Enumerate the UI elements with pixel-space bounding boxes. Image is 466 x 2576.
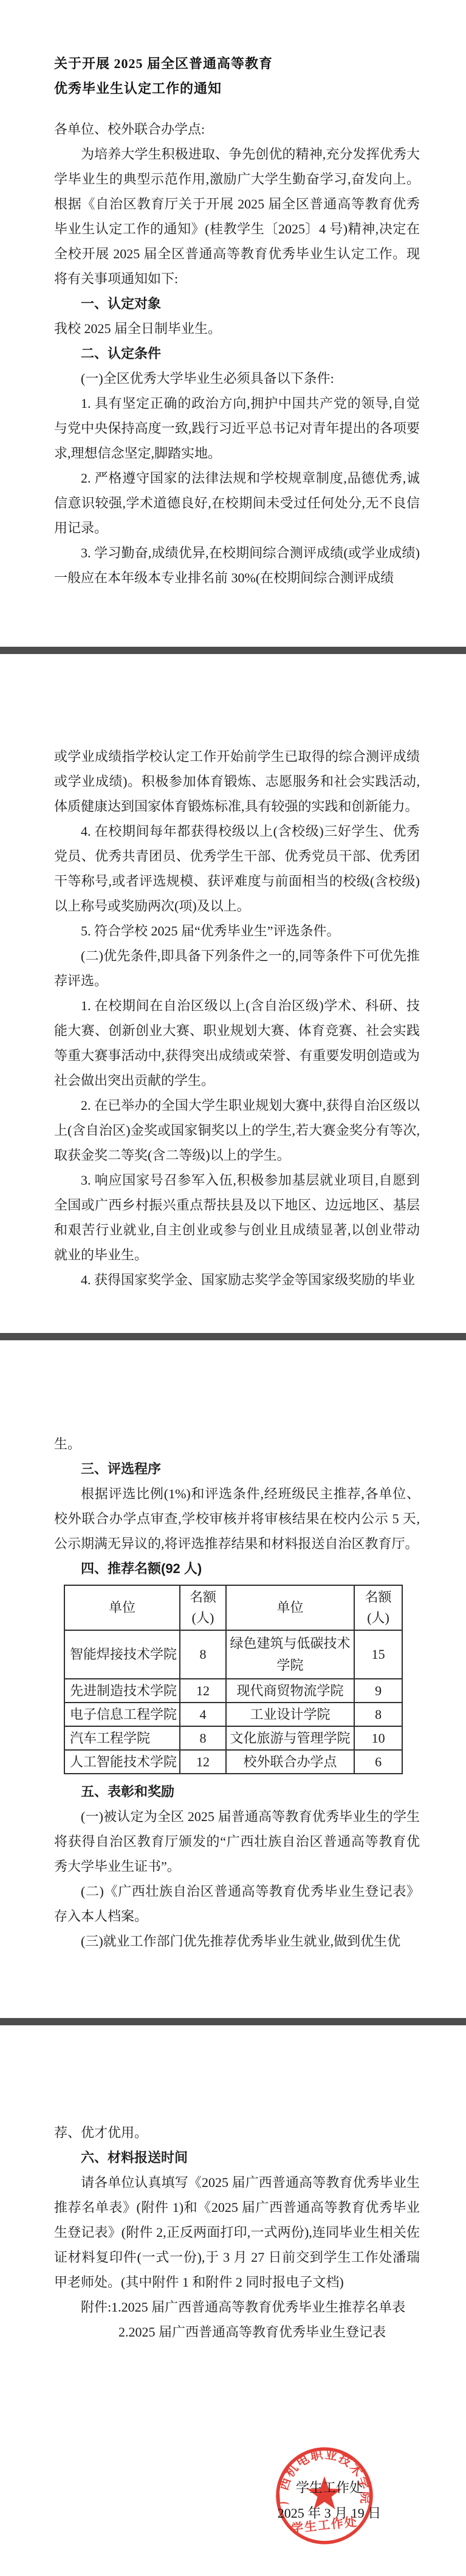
unit-cell: 现代商贸物流学院 <box>226 1679 354 1703</box>
quota-header-line2: (人) <box>355 1608 402 1628</box>
sign-date: 2025 年 3 月 19 日 <box>238 2501 420 2526</box>
page-1: 关于开展 2025 届全区普通高等教育 优秀毕业生认定工作的通知 各单位、校外联… <box>0 0 466 647</box>
table-row: 汽车工程学院 8 文化旅游与管理学院 10 <box>64 1726 402 1750</box>
para-award-2: (二)《广西壮族自治区普通高等教育优秀毕业生登记表》存入本人档案。 <box>54 1879 420 1929</box>
para-procedure: 根据评选比例(1%)和评选条件,经班级民主推荐,各单位、校外联合办学点审查,学校… <box>54 1481 420 1556</box>
para-submission: 请各单位认真填写《2025 届广西普通高等教育优秀毕业生推荐名单表》(附件 1)… <box>54 2170 420 2295</box>
quota-cell: 12 <box>180 1750 226 1774</box>
unit-cell: 电子信息工程学院 <box>64 1703 180 1726</box>
col-header-quota-right: 名额 (人) <box>354 1585 402 1630</box>
quota-cell: 10 <box>354 1726 402 1750</box>
quota-table: 单位 名额 (人) 单位 名额 (人) 智能焊接技术学院 8 绿色建筑与 <box>64 1585 403 1774</box>
para-award-1: (一)被认定为全区 2025 届普通高等教育优秀毕业生的学生将获得自治区教育厅颁… <box>54 1804 420 1879</box>
table-row: 先进制造技术学院 12 现代商贸物流学院 9 <box>64 1679 402 1703</box>
quota-cell: 8 <box>180 1726 226 1750</box>
para-priority-1: 1. 在校期间在自治区级以上(含自治区级)学术、科研、技能大赛、创新创业大赛、职… <box>54 993 420 1093</box>
para-priority-4-cont: 生。 <box>54 1431 420 1456</box>
col-header-quota-left: 名额 (人) <box>180 1585 226 1630</box>
notice-title-line-2: 优秀毕业生认定工作的通知 <box>54 76 420 101</box>
quota-cell: 9 <box>354 1679 402 1703</box>
unit-cell: 校外联合办学点 <box>226 1750 354 1774</box>
para-condition-5: 5. 符合学校 2025 届“优秀毕业生”评选条件。 <box>54 918 420 943</box>
signature-block: 学生工作处 2025 年 3 月 19 日 <box>238 2475 420 2526</box>
heading-submission-time: 六、材料报送时间 <box>54 2145 420 2170</box>
heading-recognition-target: 一、认定对象 <box>54 291 420 316</box>
unit-cell: 人工智能技术学院 <box>64 1750 180 1774</box>
quota-header-line1: 名额 <box>355 1587 402 1608</box>
col-header-unit-right: 单位 <box>226 1585 354 1630</box>
unit-cell: 智能焊接技术学院 <box>64 1630 180 1679</box>
notice-document: 关于开展 2025 届全区普通高等教育 优秀毕业生认定工作的通知 各单位、校外联… <box>0 0 466 2576</box>
para-condition-2: 2. 严格遵守国家的法律法规和学校规章制度,品德优秀,诚信意识较强,学术道德良好… <box>54 466 420 540</box>
heading-quota: 四、推荐名额(92 人) <box>54 1556 420 1581</box>
notice-title-line-1: 关于开展 2025 届全区普通高等教育 <box>54 51 420 76</box>
quota-cell: 8 <box>354 1703 402 1726</box>
unit-cell: 绿色建筑与低碳技术学院 <box>226 1630 354 1679</box>
unit-cell: 工业设计学院 <box>226 1703 354 1726</box>
quota-cell: 8 <box>180 1630 226 1679</box>
attachment-line-2: 2.2025 届广西普通高等教育优秀毕业生登记表 <box>54 2319 420 2344</box>
signer-department: 学生工作处 <box>238 2475 420 2501</box>
para-condition-4: 4. 在校期间每年都获得校级以上(含校级)三好学生、优秀党员、优秀共青团员、优秀… <box>54 819 420 918</box>
heading-awards: 五、表彰和奖励 <box>54 1779 420 1804</box>
salutation: 各单位、校外联合办学点: <box>54 117 420 142</box>
para-conditions-intro: (一)全区优秀大学毕业生必须具备以下条件: <box>54 366 420 391</box>
table-row: 人工智能技术学院 12 校外联合办学点 6 <box>64 1750 402 1774</box>
quota-header-line2: (人) <box>180 1608 225 1628</box>
page-separator-1 <box>0 647 466 654</box>
table-header-row: 单位 名额 (人) 单位 名额 (人) <box>64 1585 402 1630</box>
unit-cell: 先进制造技术学院 <box>64 1679 180 1703</box>
unit-cell: 文化旅游与管理学院 <box>226 1726 354 1750</box>
attachment-line-1: 附件:1.2025 届广西普通高等教育优秀毕业生推荐名单表 <box>54 2295 420 2319</box>
para-priority-3: 3. 响应国家号召参军入伍,积极参加基层就业项目,自愿到全国或广西乡村振兴重点帮… <box>54 1168 420 1267</box>
quota-cell: 6 <box>354 1750 402 1774</box>
page-separator-3 <box>0 2018 466 2025</box>
notice-title: 关于开展 2025 届全区普通高等教育 优秀毕业生认定工作的通知 <box>54 51 420 101</box>
para-condition-1: 1. 具有坚定正确的政治方向,拥护中国共产党的领导,自觉与党中央保持高度一致,践… <box>54 391 420 466</box>
page-4: 荐、优才优用。 六、材料报送时间 请各单位认真填写《2025 届广西普通高等教育… <box>0 2025 466 2576</box>
para-intro: 为培养大学生积极进取、争先创优的精神,充分发挥优秀大学毕业生的典型示范作用,激励… <box>54 142 420 291</box>
unit-cell: 汽车工程学院 <box>64 1726 180 1750</box>
para-award-3-part: (三)就业工作部门优先推荐优秀毕业生就业,做到优生优 <box>54 1929 420 1954</box>
table-row: 智能焊接技术学院 8 绿色建筑与低碳技术学院 15 <box>64 1630 402 1679</box>
col-header-unit-left: 单位 <box>64 1585 180 1630</box>
para-priority-intro: (二)优先条件,即具备下列条件之一的,同等条件下可优先推荐评选。 <box>54 943 420 993</box>
quota-header-line1: 名额 <box>180 1587 225 1608</box>
quota-cell: 12 <box>180 1679 226 1703</box>
page-separator-2 <box>0 1333 466 1340</box>
para-condition-3-cont: 或学业成绩指学校认定工作开始前学生已取得的综合测评成绩或学业成绩)。积极参加体育… <box>54 744 420 819</box>
para-target: 我校 2025 届全日制毕业生。 <box>54 316 420 341</box>
para-condition-3-part: 3. 学习勤奋,成绩优异,在校期间综合测评成绩(或学业成绩)一般应在本年级本专业… <box>54 540 420 590</box>
heading-recognition-conditions: 二、认定条件 <box>54 341 420 366</box>
quota-cell: 4 <box>180 1703 226 1726</box>
table-row: 电子信息工程学院 4 工业设计学院 8 <box>64 1703 402 1726</box>
page-2: 或学业成绩指学校认定工作开始前学生已取得的综合测评成绩或学业成绩)。积极参加体育… <box>0 654 466 1333</box>
page-3: 生。 三、评选程序 根据评选比例(1%)和评选条件,经班级民主推荐,各单位、校外… <box>0 1340 466 2018</box>
para-priority-2: 2. 在已举办的全国大学生职业规划大赛中,获得自治区级以上(含自治区)金奖或国家… <box>54 1093 420 1168</box>
para-priority-4-part: 4. 获得国家奖学金、国家励志奖学金等国家级奖励的毕业 <box>54 1267 420 1292</box>
para-award-3-cont: 荐、优才优用。 <box>54 2120 420 2145</box>
heading-selection-procedure: 三、评选程序 <box>54 1456 420 1481</box>
quota-cell: 15 <box>354 1630 402 1679</box>
